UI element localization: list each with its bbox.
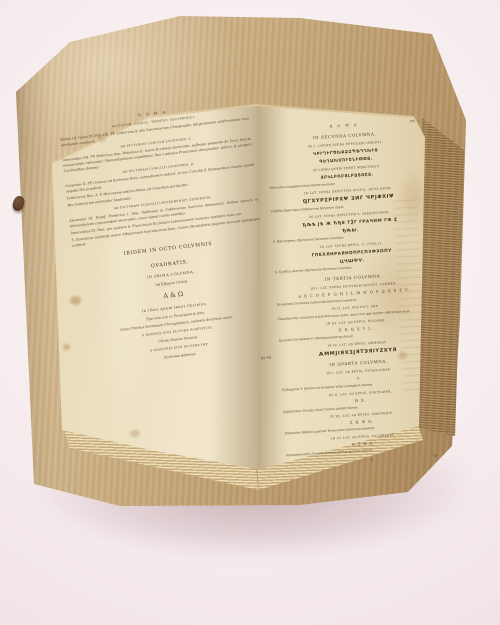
right-catchword: IN [433, 454, 437, 459]
right-page-text: R O M A 196 IN SECVNDA COLVMNA.IN I. LAT… [266, 118, 442, 467]
left-page-text: R O M A AD PICTVR. CONCIL. TRIDENT. OECV… [58, 100, 276, 381]
foxing-spot [130, 430, 140, 437]
cover-left-shading [0, 60, 52, 500]
foxing-spot [63, 344, 70, 350]
left-text-blocks: AD PICTVR. CONCIL. TRIDENT. OECVMENICI.P… [59, 110, 275, 369]
page-number: 196 [409, 119, 415, 124]
right-text-blocks: IN SECVNDA COLVMNA.IN I. LATINE SVPRA EF… [267, 128, 442, 458]
photo-scene: R O M A AD PICTVR. CONCIL. TRIDENT. OECV… [0, 0, 500, 625]
gathering-signature: Ii [371, 458, 374, 463]
